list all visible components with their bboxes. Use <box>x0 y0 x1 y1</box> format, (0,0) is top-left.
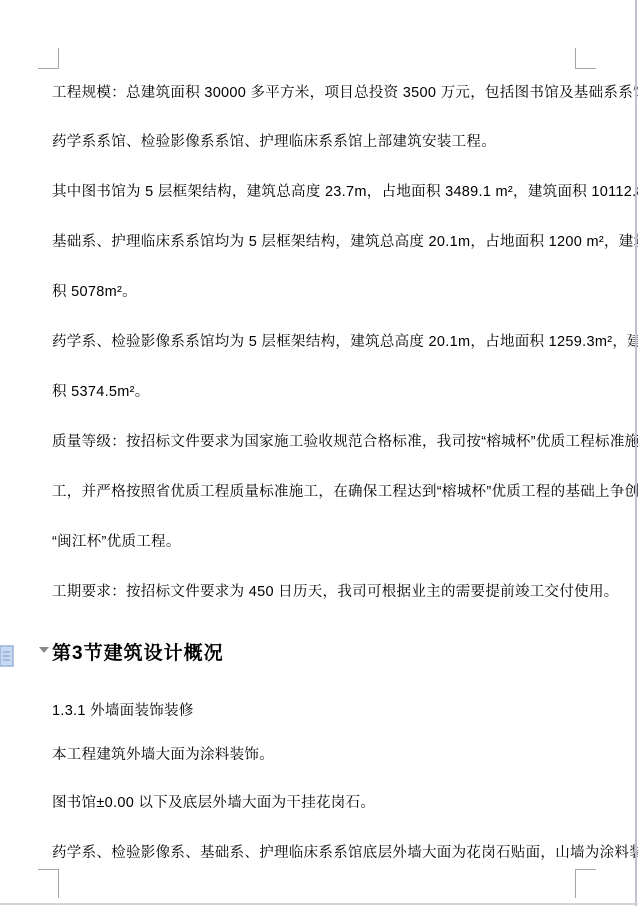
doc-line[interactable]: 质量等级：按招标文件要求为国家施工验收规范合格标准，我司按“榕城杯”优质工程标准… <box>52 434 582 451</box>
text-boundary-mark-top-left <box>38 48 59 69</box>
text-boundary-mark-top-right <box>575 48 596 69</box>
window-right-border <box>635 0 637 906</box>
doc-line[interactable]: 积 5374.5m²。 <box>52 384 582 401</box>
doc-line[interactable]: 图书馆±0.00 以下及底层外墙大面为干挂花岗石。 <box>52 795 582 812</box>
doc-line[interactable]: 工期要求：按招标文件要求为 450 日历天，我司可根据业主的需要提前竣工交付使用… <box>52 584 582 601</box>
doc-line[interactable]: “闽江杯”优质工程。 <box>52 534 582 551</box>
text-boundary-mark-bottom-right <box>575 869 596 898</box>
doc-line[interactable]: 其中图书馆为 5 层框架结构，建筑总高度 23.7m，占地面积 3489.1 m… <box>52 184 582 201</box>
document-page[interactable]: 工程规模：总建筑面积 30000 多平方米，项目总投资 3500 万元，包括图书… <box>0 0 638 906</box>
heading-collapse-triangle-icon[interactable] <box>39 647 49 653</box>
doc-line[interactable]: 本工程建筑外墙大面为涂料装饰。 <box>52 747 582 764</box>
doc-line[interactable]: 工程规模：总建筑面积 30000 多平方米，项目总投资 3500 万元，包括图书… <box>52 85 582 102</box>
text-boundary-mark-bottom-left <box>38 869 59 898</box>
doc-line[interactable]: 工，并严格按照省优质工程质量标准施工，在确保工程达到“榕城杯”优质工程的基础上争… <box>52 484 582 501</box>
doc-line[interactable]: 药学系、检验影像系系馆均为 5 层框架结构，建筑总高度 20.1m，占地面积 1… <box>52 334 582 351</box>
margin-marker-icon[interactable] <box>0 644 15 668</box>
doc-line[interactable]: 基础系、护理临床系系馆均为 5 层框架结构，建筑总高度 20.1m，占地面积 1… <box>52 234 582 251</box>
doc-line[interactable]: 积 5078m²。 <box>52 284 582 301</box>
doc-line[interactable]: 1.3.1 外墙面装饰装修 <box>52 703 582 720</box>
page-bottom-edge <box>0 903 638 905</box>
doc-line[interactable]: 药学系系馆、检验影像系系馆、护理临床系系馆上部建筑安装工程。 <box>52 134 582 151</box>
doc-line[interactable]: 药学系、检验影像系、基础系、护理临床系系馆底层外墙大面为花岗石贴面，山墙为涂料装… <box>52 845 582 862</box>
section-heading[interactable]: 第3节建筑设计概况 <box>52 638 224 665</box>
